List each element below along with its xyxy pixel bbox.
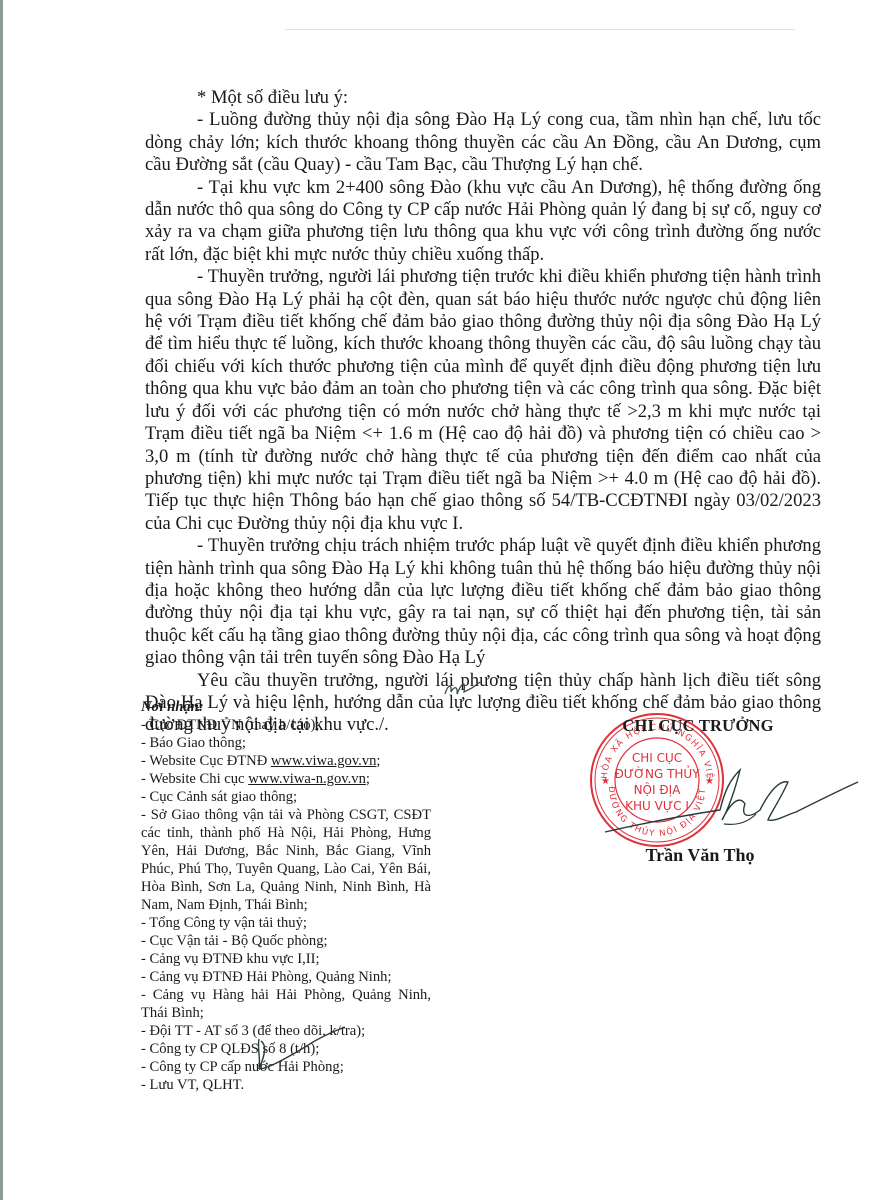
recipient-item: - Cảng vụ Hàng hải Hải Phòng, Quảng Ninh… (141, 986, 431, 1022)
scan-edge (0, 0, 3, 1200)
signer-name: Trần Văn Thọ (620, 845, 780, 866)
paragraph-1: - Luồng đường thủy nội địa sông Đào Hạ L… (145, 109, 821, 176)
document-body: * Một số điều lưu ý: - Luồng đường thủy … (145, 87, 821, 737)
paragraph-3: - Thuyền trưởng, người lái phương tiện t… (145, 266, 821, 535)
recipient-item: - Cảng vụ ĐTNĐ Hải Phòng, Quảng Ninh; (141, 968, 431, 986)
recipient-item: - Website Chi cục www.viwa-n.gov.vn; (141, 770, 431, 788)
recipient-item: - Cục Vận tải - Bộ Quốc phòng; (141, 932, 431, 950)
recipients-title: Nơi nhận: (141, 698, 431, 716)
recipient-label: - Website Chi cục (141, 771, 248, 787)
recipient-item: - Cục Cảnh sát giao thông; (141, 788, 431, 806)
recipient-item: - Tổng Công ty vận tải thuỷ; (141, 914, 431, 932)
handwritten-initial-mark (442, 676, 482, 700)
paragraph-2: - Tại khu vực km 2+400 sông Đào (khu vực… (145, 177, 821, 267)
recipient-item: - Sở Giao thông vận tải và Phòng CSGT, C… (141, 806, 431, 914)
recipient-label: - Website Cục ĐTNĐ (141, 753, 271, 769)
paragraph-4: - Thuyền trưởng chịu trách nhiệm trước p… (145, 535, 821, 669)
recipient-item: - Website Cục ĐTNĐ www.viwa.gov.vn; (141, 752, 431, 770)
scan-artifact-line (285, 29, 795, 30)
recipient-item: - Cục ĐTNĐ VN (thay b/cáo); (141, 716, 431, 734)
recipient-item: - Lưu VT, QLHT. (141, 1076, 431, 1094)
notes-heading: * Một số điều lưu ý: (145, 87, 821, 109)
recipient-item: - Cảng vụ ĐTNĐ khu vực I,II; (141, 950, 431, 968)
handwritten-initial-mark (255, 1025, 350, 1075)
signer-title: CHI CỤC TRƯỞNG (618, 716, 778, 736)
recipient-item: - Báo Giao thông; (141, 734, 431, 752)
viwa-n-website-link[interactable]: www.viwa-n.gov.vn (248, 771, 366, 787)
viwa-website-link[interactable]: www.viwa.gov.vn (271, 753, 377, 769)
